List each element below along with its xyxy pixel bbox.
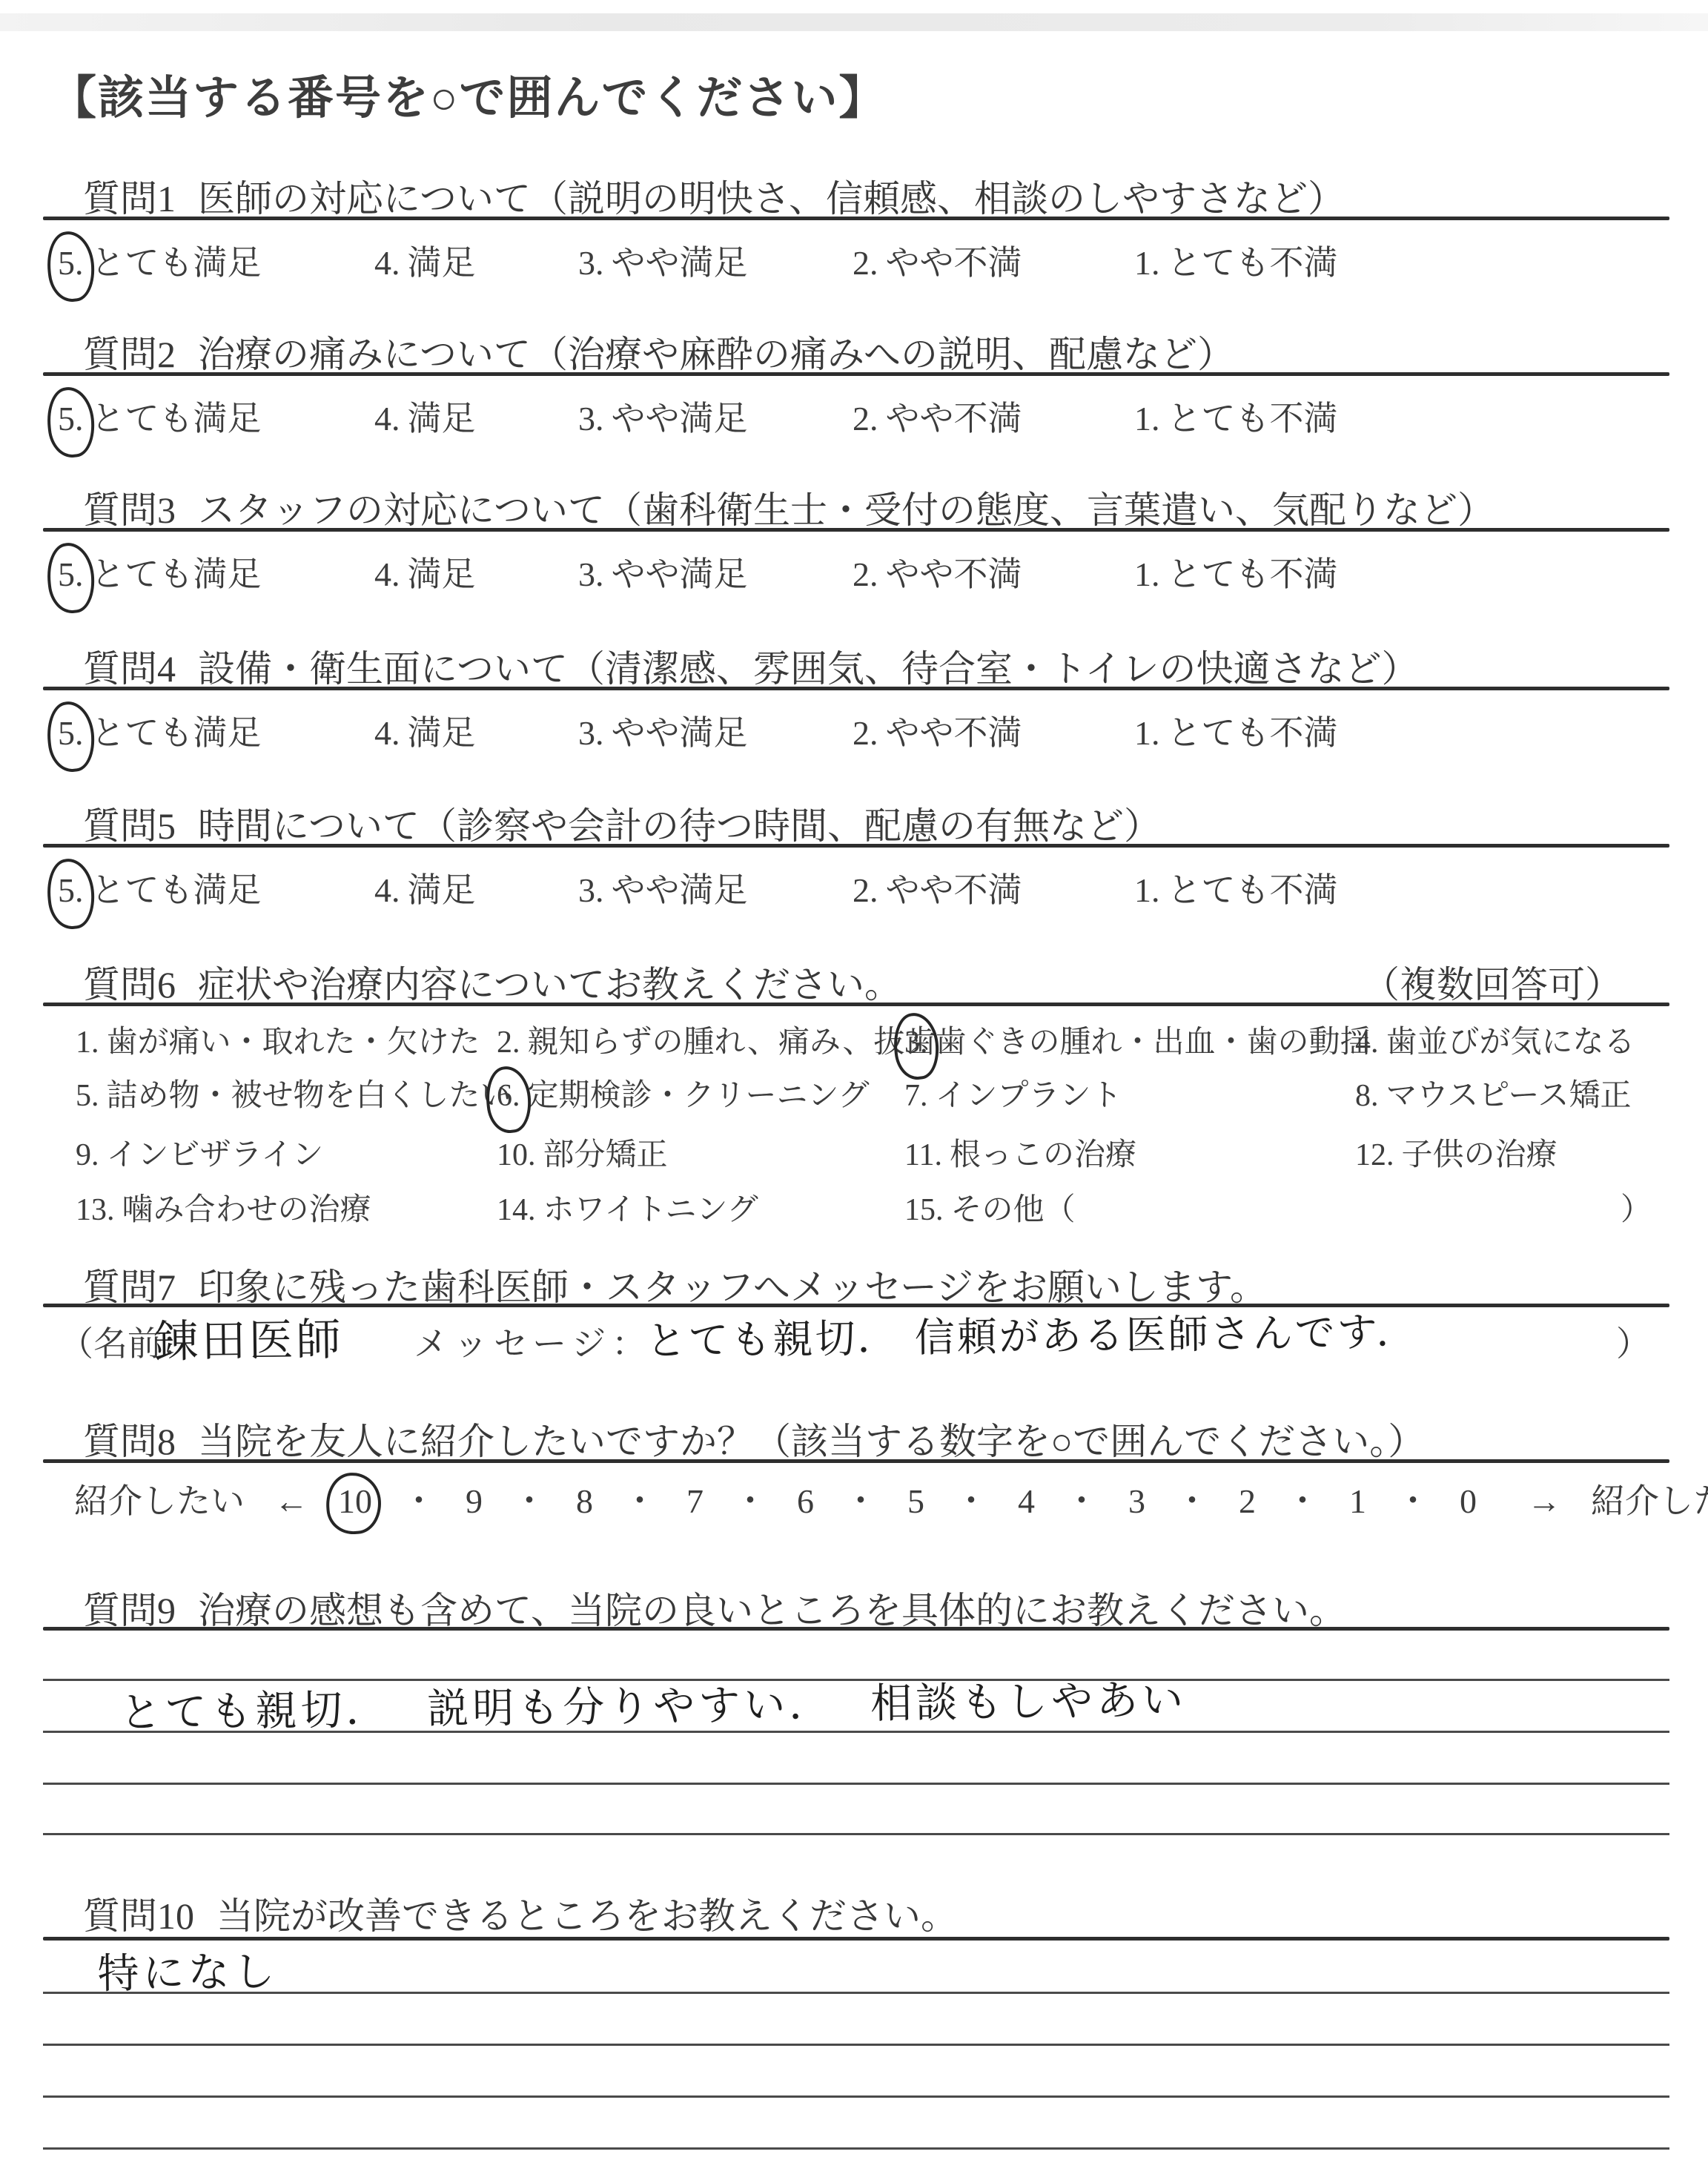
q6-option-11: 11.根っこの治療 <box>904 1130 1136 1175</box>
question-2-answer-row: 5.とても満足 4.満足 3.やや満足 2.やや不満 1.とても不満 <box>0 392 1708 445</box>
q8-circled-number-10: 10 <box>338 1482 372 1521</box>
title-underline <box>43 372 1669 376</box>
title-underline <box>43 1627 1669 1631</box>
q4-option-3: 3.やや満足 <box>578 706 748 755</box>
q1-option-1: 1.とても不満 <box>1134 236 1338 285</box>
question-3-title: 質問3スタッフの対応について（歯科衛生士・受付の態度、言葉遣い、気配りなど） <box>83 480 1494 534</box>
question-10-text: 当院が改善できるところをお教えください。 <box>216 1895 958 1937</box>
q6-option-10: 10.部分矯正 <box>497 1130 668 1175</box>
title-underline <box>43 1459 1669 1463</box>
question-6-note: （複数回答可） <box>1363 955 1622 1008</box>
title-underline <box>43 844 1669 848</box>
q1-option-3: 3.やや満足 <box>578 236 748 285</box>
scale-number-0: 0 <box>1460 1482 1477 1521</box>
question-8-title: 質問8当院を友人に紹介したいですか？（該当する数字を○で囲んでください。） <box>83 1412 1425 1465</box>
title-underline <box>43 528 1669 532</box>
arrow-left-icon: ← <box>274 1482 308 1521</box>
q3-option-1: 1.とても不満 <box>1134 547 1338 596</box>
question-4-label: 質問4 <box>83 648 176 690</box>
answer-rule-line <box>43 1783 1669 1785</box>
question-1-answer-row: 5.とても満足 4.満足 3.やや満足 2.やや不満 1.とても不満 <box>0 236 1708 289</box>
q6-option-7: 7.インプラント <box>904 1071 1122 1115</box>
answer-rule-line <box>43 1992 1669 1994</box>
q6-option-15: 15.その他（ <box>904 1185 1076 1229</box>
q6-option-6: 6.定期検診・クリーニング <box>497 1071 870 1115</box>
scale-dot: ・ <box>1175 1474 1209 1523</box>
scale-number-2: 2 <box>1239 1482 1256 1521</box>
q2-option-1: 1.とても不満 <box>1134 392 1338 440</box>
q3-option-5: 5.とても満足 <box>58 547 262 596</box>
title-underline <box>43 1937 1669 1941</box>
q5-option-4: 4.満足 <box>374 863 476 912</box>
q8-left-label: 紹介したい <box>74 1474 245 1523</box>
q7-handwritten-name: 錬田医師 <box>153 1304 344 1370</box>
q2-circled-number-5: 5. <box>58 399 84 438</box>
q4-option-1: 1.とても不満 <box>1134 706 1338 755</box>
scan-artifact-band <box>0 13 1708 31</box>
answer-rule-line <box>43 1833 1669 1835</box>
question-1-text: 医師の対応について（説明の明快さ、信頼感、相談のしやすさなど） <box>198 178 1345 219</box>
question-6-title: 質問6症状や治療内容についてお教えください。 <box>83 955 901 1008</box>
q6-option-9: 9.インビザライン <box>76 1130 323 1175</box>
q7-message-label: メッセージ： <box>414 1317 652 1366</box>
scale-dot: ・ <box>733 1474 767 1523</box>
q5-option-3: 3.やや満足 <box>578 863 748 912</box>
question-7-text: 印象に残った歯科医師・スタッフへメッセージをお願いします。 <box>198 1266 1267 1308</box>
q6-circled-number-6: 6. <box>497 1078 520 1114</box>
q5-circled-number-5: 5. <box>58 871 84 910</box>
q2-option-2: 2.やや不満 <box>853 392 1022 440</box>
question-3-label: 質問3 <box>83 489 176 531</box>
arrow-right-icon: → <box>1527 1482 1561 1521</box>
question-9-label: 質問9 <box>83 1590 176 1631</box>
scale-number-6: 6 <box>797 1482 814 1521</box>
q6-option-13: 13.噛み合わせの治療 <box>76 1185 371 1229</box>
question-2-label: 質問2 <box>83 334 176 375</box>
q6-option-5: 5.詰め物・被せ物を白くしたい <box>76 1071 512 1115</box>
q2-option-3: 3.やや満足 <box>578 392 748 440</box>
q3-option-3: 3.やや満足 <box>578 547 748 596</box>
question-5-label: 質問5 <box>83 805 176 847</box>
scale-number-4: 4 <box>1018 1482 1035 1521</box>
scale-dot: ・ <box>512 1474 546 1523</box>
q5-option-1: 1.とても不満 <box>1134 863 1338 912</box>
scale-dot: ・ <box>954 1474 988 1523</box>
question-8-text: 当院を友人に紹介したいですか？（該当する数字を○で囲んでください。） <box>198 1421 1425 1462</box>
question-8-label: 質問8 <box>83 1421 176 1462</box>
question-5-text: 時間について（診察や会計の待つ時間、配慮の有無など） <box>198 805 1161 847</box>
scale-dot: ・ <box>1396 1474 1430 1523</box>
q9-handwritten-answer: とても親切． 説明も分りやすい． 相談もしやあい <box>119 1667 1187 1740</box>
q1-circled-number-5: 5. <box>58 243 84 283</box>
question-2-title: 質問2治療の痛みについて（治療や麻酔の痛みへの説明、配慮など） <box>83 325 1234 378</box>
q5-option-5: 5.とても満足 <box>58 863 262 912</box>
question-6-text: 症状や治療内容についてお教えください。 <box>198 964 901 1005</box>
q4-option-5: 5.とても満足 <box>58 706 262 755</box>
question-1-title: 質問1医師の対応について（説明の明快さ、信頼感、相談のしやすさなど） <box>83 169 1345 222</box>
title-underline <box>43 687 1669 690</box>
q1-option-4: 4.満足 <box>374 236 476 285</box>
scale-number-1: 1 <box>1349 1482 1366 1521</box>
question-4-title: 質問4設備・衛生面について（清潔感、雰囲気、待合室・トイレの快適さなど） <box>83 639 1419 693</box>
q6-option-4: 4.歯並びが気になる <box>1355 1017 1635 1062</box>
scale-dot: ・ <box>1065 1474 1099 1523</box>
q3-circled-number-5: 5. <box>58 555 84 594</box>
q4-option-4: 4.満足 <box>374 706 476 755</box>
q3-option-2: 2.やや不満 <box>853 547 1022 596</box>
q6-option-1: 1.歯が痛い・取れた・欠けた <box>76 1017 480 1062</box>
scale-dot: ・ <box>402 1474 436 1523</box>
answer-rule-line <box>43 2095 1669 2098</box>
q4-option-2: 2.やや不満 <box>853 706 1022 755</box>
q8-nps-scale-row: 紹介したい ← 10 ・ 9 ・ 8 ・ 7 ・ 6 ・ 5 ・ 4 ・ 3 ・… <box>74 1474 1708 1523</box>
question-2-text: 治療の痛みについて（治療や麻酔の痛みへの説明、配慮など） <box>198 334 1234 375</box>
question-9-text: 治療の感想も含めて、当院の良いところを具体的にお教えください。 <box>198 1590 1346 1631</box>
question-1-label: 質問1 <box>83 178 176 219</box>
page-title: 【該当する番号を○で囲んでください】 <box>50 61 886 127</box>
title-underline <box>43 1003 1669 1006</box>
question-3-answer-row: 5.とても満足 4.満足 3.やや満足 2.やや不満 1.とても不満 <box>0 547 1708 601</box>
question-4-answer-row: 5.とても満足 4.満足 3.やや満足 2.やや不満 1.とても不満 <box>0 706 1708 759</box>
scale-dot: ・ <box>844 1474 878 1523</box>
survey-scan-page: 【該当する番号を○で囲んでください】 質問1医師の対応について（説明の明快さ、信… <box>0 0 1708 2160</box>
scale-number-9: 9 <box>466 1482 483 1521</box>
q7-close-paren: ） <box>1616 1317 1650 1366</box>
q2-option-4: 4.満足 <box>374 392 476 440</box>
q6-option-2: 2.親知らずの腫れ、痛み、抜歯 <box>497 1017 936 1062</box>
question-5-answer-row: 5.とても満足 4.満足 3.やや満足 2.やや不満 1.とても不満 <box>0 863 1708 916</box>
question-7-label: 質問7 <box>83 1266 176 1308</box>
q5-option-2: 2.やや不満 <box>853 863 1022 912</box>
q1-option-5-label: とても満足 <box>91 244 262 282</box>
scale-number-3: 3 <box>1128 1482 1145 1521</box>
q4-circled-number-5: 5. <box>58 713 84 753</box>
question-10-label: 質問10 <box>83 1895 194 1937</box>
answer-rule-line <box>43 2044 1669 2046</box>
title-underline <box>43 217 1669 220</box>
q6-circled-number-3: 3. <box>904 1025 928 1060</box>
q6-option-8: 8.マウスピース矯正 <box>1355 1071 1631 1115</box>
q7-handwritten-message: とても親切． 信頼がある医師さんです． <box>646 1300 1419 1367</box>
scale-number-7: 7 <box>686 1482 704 1521</box>
scale-dot: ・ <box>1285 1474 1320 1523</box>
q2-option-5: 5.とても満足 <box>58 392 262 440</box>
q6-option-3: 3.歯ぐきの腫れ・出血・歯の動揺 <box>904 1017 1371 1062</box>
scale-number-5: 5 <box>907 1482 924 1521</box>
q1-option-5: 5.とても満足 <box>58 236 262 285</box>
q3-option-4: 4.満足 <box>374 547 476 596</box>
answer-rule-line <box>43 2147 1669 2150</box>
scale-number-8: 8 <box>576 1482 593 1521</box>
q1-option-2: 2.やや不満 <box>853 236 1022 285</box>
scale-dot: ・ <box>623 1474 657 1523</box>
q6-option-14: 14.ホワイトニング <box>497 1185 758 1229</box>
q8-right-label: 紹介したくない <box>1591 1474 1708 1523</box>
question-6-label: 質問6 <box>83 964 176 1005</box>
q6-other-close-paren: ） <box>1621 1185 1652 1229</box>
question-5-title: 質問5時間について（診察や会計の待つ時間、配慮の有無など） <box>83 796 1161 850</box>
question-4-text: 設備・衛生面について（清潔感、雰囲気、待合室・トイレの快適さなど） <box>198 648 1419 690</box>
question-10-title: 質問10当院が改善できるところをお教えください。 <box>83 1886 958 1940</box>
q6-option-12: 12.子供の治療 <box>1355 1130 1558 1175</box>
answer-rule-line <box>43 1731 1669 1733</box>
question-3-text: スタッフの対応について（歯科衛生士・受付の態度、言葉遣い、気配りなど） <box>198 489 1494 531</box>
